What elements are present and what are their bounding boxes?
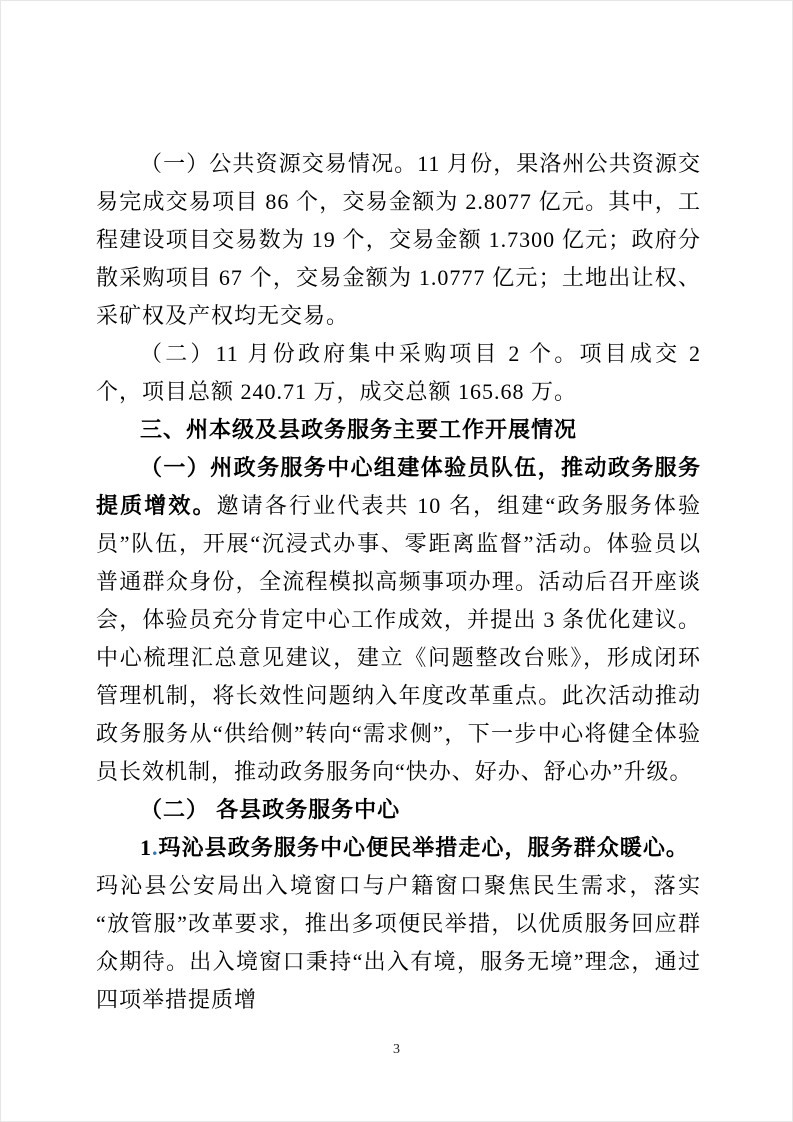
paragraph-body-text: 玛沁县公安局出入境窗口与户籍窗口聚焦民生需求，落实“放管服”改革要求，推出多项便…	[96, 835, 701, 1012]
subsection-heading-county-centers: （二） 各县政务服务中心	[96, 791, 701, 829]
paragraph-centralized-procurement: （二）11 月份政府集中采购项目 2 个。项目成交 2 个，项目总额 240.7…	[96, 335, 701, 411]
paragraph-experience-team: （一）州政务服务中心组建体验员队伍，推动政务服务提质增效。邀请各行业代表共 10…	[96, 449, 701, 791]
section-heading-state-county-work: 三、州本级及县政务服务主要工作开展情况	[96, 411, 701, 449]
paragraph-lead-bold: 玛沁县政务服务中心便民举措走心，服务群众暖心。	[159, 835, 678, 860]
paragraph-body-text: 邀请各行业代表共 10 名，组建“政务服务体验员”队伍，开展“沉浸式办事、零距离…	[96, 493, 701, 784]
list-item-number: 1	[140, 835, 152, 860]
document-page: （一）公共资源交易情况。11 月份，果洛州公共资源交易完成交易项目 86 个，交…	[0, 0, 793, 1122]
paragraph-maqin-county: 1.玛沁县政务服务中心便民举措走心，服务群众暖心。 玛沁县公安局出入境窗口与户籍…	[96, 829, 701, 1019]
page-number: 3	[0, 1042, 793, 1058]
document-content: （一）公共资源交易情况。11 月份，果洛州公共资源交易完成交易项目 86 个，交…	[96, 145, 701, 1019]
paragraph-public-resource-trading: （一）公共资源交易情况。11 月份，果洛州公共资源交易完成交易项目 86 个，交…	[96, 145, 701, 335]
